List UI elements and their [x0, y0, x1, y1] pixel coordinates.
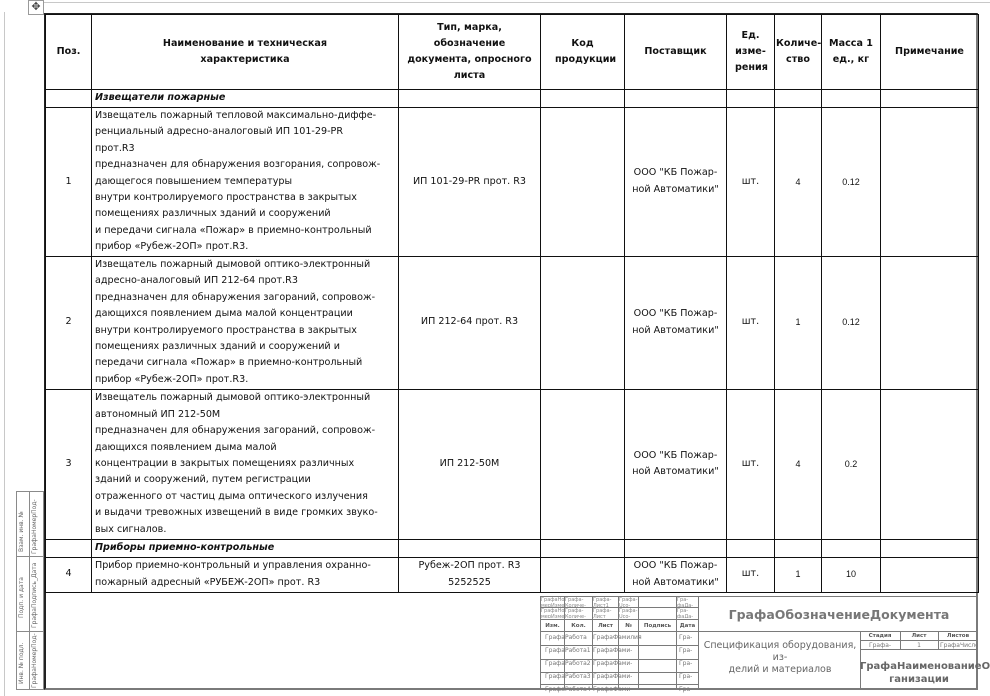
empty-cell [46, 539, 92, 557]
cell-mass: 0.12 [822, 108, 881, 257]
page-edge [4, 12, 5, 696]
change-header: Лист [593, 623, 618, 629]
change-cell: Гра-фаДа- [677, 608, 698, 618]
empty-cell [625, 90, 727, 108]
empty-cell [775, 539, 822, 557]
document-title: Спецификация оборудования, из- делий и м… [700, 640, 860, 676]
specification-table: Поз. Наименование и техническая характер… [45, 14, 979, 593]
signature-cell: Гра- [679, 634, 692, 641]
header-pos: Поз. [46, 15, 92, 90]
empty-cell [822, 90, 881, 108]
cell-supplier: ООО "КБ Пожар- ной Автоматики" [625, 256, 727, 389]
grid-line [540, 619, 698, 620]
header-name: Наименование и техническая характеристик… [92, 15, 399, 90]
change-cell: Графа-Лист [593, 608, 618, 618]
empty-cell [881, 90, 979, 108]
empty-cell [541, 539, 625, 557]
header-code: Код продукции [541, 15, 625, 90]
table-row: 4Прибор приемно-контрольный и управления… [46, 557, 979, 592]
stage-header: Лист [902, 633, 936, 639]
grid-line [698, 631, 978, 632]
table-row: 2Извещатель пожарный дымовой оптико-элек… [46, 256, 979, 389]
cell-unit: шт. [727, 108, 775, 257]
change-cell: Графа-Uсо- [619, 597, 638, 607]
header-supplier: Поставщик [625, 15, 727, 90]
cell-type: Рубеж-2ОП прот. R3 5252525 [399, 557, 541, 592]
grid-line [900, 631, 901, 649]
cell-unit: шт. [727, 557, 775, 592]
empty-cell [46, 90, 92, 108]
stage-header: Листов [940, 633, 976, 639]
signature-cell: Гра- [679, 686, 692, 693]
empty-cell [727, 539, 775, 557]
grid-line [698, 596, 699, 690]
cell-type: ИП 212-64 прот. R3 [399, 256, 541, 389]
signature-cell: Гра- [679, 647, 692, 654]
change-header: Кол. [565, 623, 592, 629]
empty-cell [881, 539, 979, 557]
section-row: Извещатели пожарные [46, 90, 979, 108]
document-code: ГрафаОбозначениеДокумента [700, 598, 978, 631]
cell-qty: 1 [775, 557, 822, 592]
header-row: Поз. Наименование и техническая характер… [46, 15, 979, 90]
stamp-label-inv-orig: Инв. № подл. [18, 643, 25, 684]
section-row: Приборы приемно-контрольные [46, 539, 979, 557]
cell-mass: 10 [822, 557, 881, 592]
cell-name: Прибор приемно-контрольный и управления … [92, 557, 399, 592]
change-header: № [619, 623, 638, 629]
cell-code [541, 108, 625, 257]
change-cell [639, 608, 676, 618]
cell-qty: 4 [775, 389, 822, 539]
empty-cell [541, 90, 625, 108]
cell-name: Извещатель пожарный дымовой оптико-элект… [92, 389, 399, 539]
grid-line [540, 631, 698, 632]
header-qty: Количе-ство [775, 15, 822, 90]
change-header: Дата [677, 623, 698, 629]
cell-unit: шт. [727, 256, 775, 389]
cell-code [541, 389, 625, 539]
header-mass: Масса 1 ед., кг [822, 15, 881, 90]
grid-line [860, 649, 978, 650]
stage-value: ГрафаЧисло- [940, 642, 976, 649]
signature-cell: Гра- [679, 660, 692, 667]
empty-cell [399, 90, 541, 108]
section-title: Извещатели пожарные [92, 90, 399, 108]
cell-mass: 0.2 [822, 389, 881, 539]
cell-name: Извещатель пожарный дымовой оптико-элект… [92, 256, 399, 389]
stamp-value-inv-orig: ГрафаНомерПод- [31, 633, 38, 688]
page-edge [42, 2, 990, 3]
signature-cell: Гра- [679, 673, 692, 680]
cell-code [541, 557, 625, 592]
stamp-value-sign-date: ГрафаПодпись_Дата [31, 563, 38, 628]
empty-cell [775, 90, 822, 108]
change-cell: ГрафаНо мерИзме [541, 597, 564, 607]
signature-cell: ГрафаФами- [593, 673, 632, 680]
cell-supplier: ООО "КБ Пожар- ной Автоматики" [625, 557, 727, 592]
cell-pos: 2 [46, 256, 92, 389]
section-title: Приборы приемно-контрольные [92, 539, 399, 557]
empty-cell [625, 539, 727, 557]
empty-cell [399, 539, 541, 557]
cell-name: Извещатель пожарный тепловой максимально… [92, 108, 399, 257]
cell-qty: 4 [775, 108, 822, 257]
change-cell: Гра-фаДа- [677, 597, 698, 607]
stage-header: Стадия [862, 633, 898, 639]
cell-code [541, 256, 625, 389]
empty-cell [727, 90, 775, 108]
stage-value: Графа- [862, 642, 898, 649]
grid-line [540, 684, 698, 685]
stamp-label-sign-date: Подп. и дата [18, 577, 25, 618]
signature-cell: ГрафаРабота1 [545, 647, 591, 654]
cell-pos: 4 [46, 557, 92, 592]
change-header: Подпись [639, 623, 676, 629]
change-cell: ГрафаНо мерИзме [541, 608, 564, 618]
grid-line [860, 640, 978, 641]
signature-cell: ГрафаФами- [593, 647, 632, 654]
header-note: Примечание [881, 15, 979, 90]
cell-qty: 1 [775, 256, 822, 389]
header-unit: Ед. изме-рения [727, 15, 775, 90]
change-cell: Графа-Количе- [565, 608, 592, 618]
cell-pos: 3 [46, 389, 92, 539]
signature-cell: ГрафаРабота [545, 634, 587, 641]
left-stamp: Взам. инв. № ГрафаНомерПод- Подп. и дата… [16, 491, 44, 690]
cell-note [881, 108, 979, 257]
organization-name: ГрафаНаименованиеОр- ганизации [860, 660, 978, 686]
cell-supplier: ООО "КБ Пожар- ной Автоматики" [625, 108, 727, 257]
cell-supplier: ООО "КБ Пожар- ной Автоматики" [625, 389, 727, 539]
cell-note [881, 389, 979, 539]
change-cell: Графа-Лист1 [593, 597, 618, 607]
signature-cell: ГрафаФамилия [593, 634, 642, 641]
header-type: Тип, марка, обозначение документа, опрос… [399, 15, 541, 90]
change-cell [639, 597, 676, 607]
table-row: 1Извещатель пожарный тепловой максимальн… [46, 108, 979, 257]
cell-type: ИП 101-29-PR прот. R3 [399, 108, 541, 257]
empty-cell [822, 539, 881, 557]
signature-cell: ГрафаФами- [593, 660, 632, 667]
cell-mass: 0.12 [822, 256, 881, 389]
signature-cell: ГрафаРабота4 [545, 686, 591, 693]
stamp-label-replace-inv: Взам. инв. № [18, 511, 25, 552]
signature-cell: ГрафаРабота2 [545, 660, 591, 667]
stage-value: 1 [902, 642, 936, 649]
stamp-value-replace-inv: ГрафаНомерПод- [31, 499, 38, 554]
signature-cell: ГрафаФами- [593, 686, 632, 693]
cell-type: ИП 212-50М [399, 389, 541, 539]
cell-unit: шт. [727, 389, 775, 539]
cell-pos: 1 [46, 108, 92, 257]
change-cell: Графа-Uсо- [619, 608, 638, 618]
signature-cell: ГрафаРабота3 [545, 673, 591, 680]
grid-line [540, 645, 698, 646]
table-move-handle-icon[interactable]: ✥ [28, 0, 44, 15]
table-row: 3Извещатель пожарный дымовой оптико-элек… [46, 389, 979, 539]
change-header: Изм. [541, 623, 564, 629]
grid-line [938, 631, 939, 649]
change-cell: Графа-Количе- [565, 597, 592, 607]
cell-note [881, 557, 979, 592]
cell-note [881, 256, 979, 389]
